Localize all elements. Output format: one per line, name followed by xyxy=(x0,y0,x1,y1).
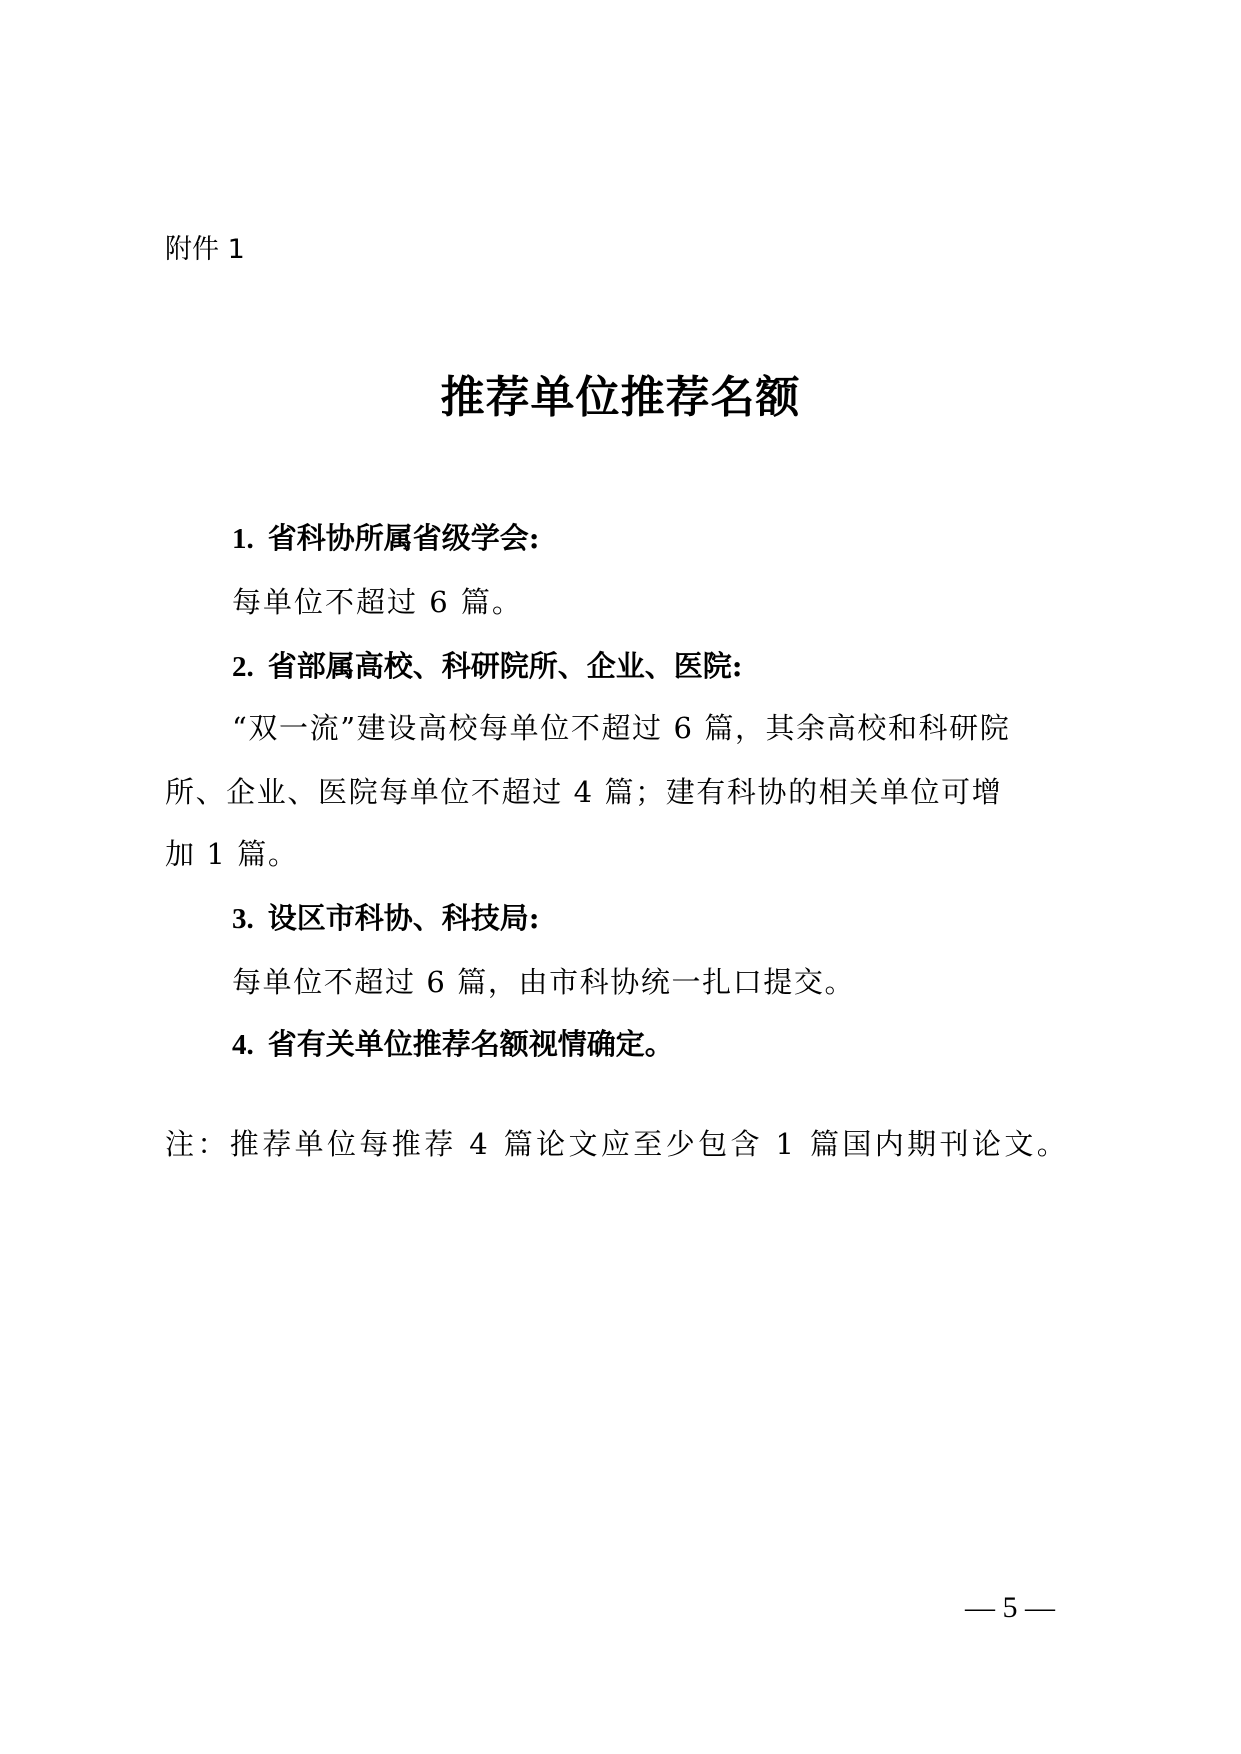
document-title: 推荐单位推荐名额 xyxy=(0,368,1241,428)
section-3-heading: 3.设区市科协、科技局: xyxy=(232,898,539,939)
section-2-body-line-3: 加 1 篇。 xyxy=(165,834,299,874)
section-2-heading: 2.省部属高校、科研院所、企业、医院: xyxy=(232,646,742,687)
section-number: 3. xyxy=(232,903,254,935)
section-heading-text: 省科协所属省级学会: xyxy=(268,521,540,555)
section-3-body: 每单位不超过 6 篇，由市科协统一扎口提交。 xyxy=(232,962,855,1002)
section-2-body-line-1: “双一流”建设高校每单位不超过 6 篇，其余高校和科研院 xyxy=(232,708,1010,748)
document-page: 附件 1 推荐单位推荐名额 1.省科协所属省级学会: 每单位不超过 6 篇。 2… xyxy=(0,0,1241,1754)
page-number: — 5 — xyxy=(965,1588,1055,1628)
section-number: 4. xyxy=(232,1029,254,1061)
section-1-body: 每单位不超过 6 篇。 xyxy=(232,582,523,622)
attachment-label: 附件 1 xyxy=(165,230,245,270)
section-number: 1. xyxy=(232,523,254,555)
section-1-heading: 1.省科协所属省级学会: xyxy=(232,518,539,559)
section-heading-text: 省部属高校、科研院所、企业、医院: xyxy=(268,649,743,683)
section-4-heading: 4.省有关单位推荐名额视情确定。 xyxy=(232,1024,674,1065)
section-heading-text: 设区市科协、科技局: xyxy=(268,901,540,935)
section-number: 2. xyxy=(232,651,254,683)
section-2-body-line-2: 所、企业、医院每单位不超过 4 篇；建有科协的相关单位可增 xyxy=(165,772,1002,812)
note: 注：推荐单位每推荐 4 篇论文应至少包含 1 篇国内期刊论文。 xyxy=(165,1124,1069,1164)
section-heading-text: 省有关单位推荐名额视情确定。 xyxy=(268,1027,674,1061)
